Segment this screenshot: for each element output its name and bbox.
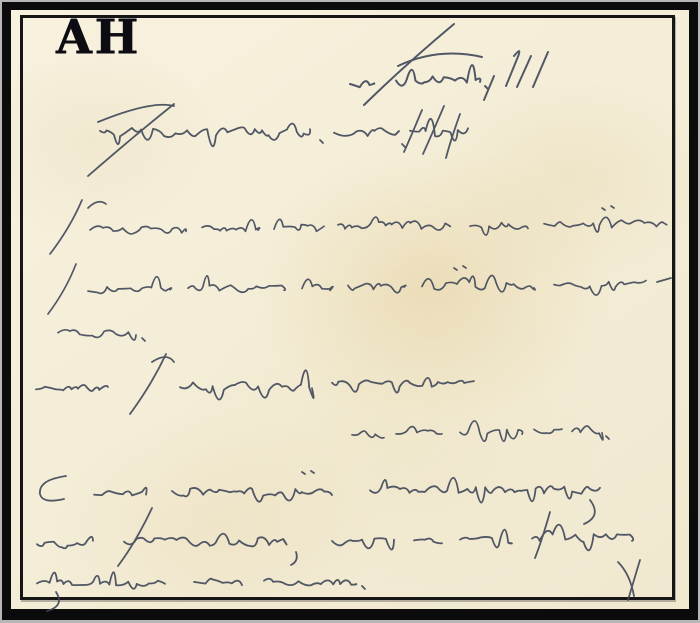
ink-stroke xyxy=(130,354,166,414)
ink-stroke xyxy=(657,278,671,282)
handwritten-line xyxy=(40,471,600,524)
ink-stroke xyxy=(302,279,333,290)
ink-stroke xyxy=(338,217,450,230)
ink-stroke xyxy=(58,330,136,340)
ink-stroke xyxy=(460,421,523,441)
ink-stroke xyxy=(370,478,600,503)
ink-stroke xyxy=(364,24,454,105)
ink-stroke xyxy=(572,426,603,440)
ink-stroke xyxy=(446,114,460,158)
ink-stroke xyxy=(36,385,108,391)
ink-stroke xyxy=(90,226,186,234)
ink-stroke xyxy=(334,128,399,136)
ink-stroke xyxy=(88,202,106,208)
ink-stroke xyxy=(302,472,305,474)
ink-stroke xyxy=(544,217,667,232)
ink-stroke xyxy=(606,436,609,439)
ink-stroke xyxy=(484,76,494,100)
scanned-letter-page: AH xyxy=(0,0,700,623)
ink-stroke xyxy=(506,51,519,86)
ink-stroke xyxy=(202,220,260,232)
ink-stroke xyxy=(414,539,442,544)
handwritten-line xyxy=(50,200,667,254)
ink-stroke xyxy=(188,276,285,292)
ink-stroke xyxy=(100,124,310,147)
ink-stroke xyxy=(602,208,605,210)
ink-stroke xyxy=(460,530,512,548)
ink-stroke xyxy=(47,592,59,611)
handwritten-line xyxy=(352,421,609,441)
ink-stroke xyxy=(142,338,145,341)
ink-stroke xyxy=(124,534,287,547)
ink-stroke xyxy=(422,276,535,292)
ink-stroke xyxy=(348,284,406,293)
ink-stroke xyxy=(362,586,365,589)
ink-stroke xyxy=(94,488,147,496)
ink-stroke xyxy=(533,52,548,87)
ink-stroke xyxy=(402,144,405,147)
ink-stroke xyxy=(37,537,93,548)
ink-stroke xyxy=(396,65,480,86)
ink-stroke xyxy=(535,512,550,558)
ink-stroke xyxy=(611,206,614,208)
ink-stroke xyxy=(470,223,528,235)
handwritten-line xyxy=(37,508,640,600)
ink-stroke xyxy=(485,86,488,89)
ink-stroke xyxy=(398,54,482,66)
ink-stroke xyxy=(584,500,595,524)
ink-stroke xyxy=(532,525,633,551)
ink-stroke xyxy=(88,104,174,176)
handwritten-line xyxy=(88,104,468,176)
ink-stroke xyxy=(274,219,324,231)
ink-stroke xyxy=(50,200,82,254)
handwritten-line xyxy=(350,24,548,105)
scan-outer-border: AH xyxy=(2,2,698,620)
ink-stroke xyxy=(311,471,314,473)
handwritten-line xyxy=(58,330,145,341)
ink-stroke xyxy=(534,429,562,433)
ink-stroke xyxy=(291,552,297,565)
ink-stroke xyxy=(454,268,457,270)
handwritten-line xyxy=(37,572,365,611)
handwriting-layer xyxy=(2,2,700,623)
ink-stroke xyxy=(396,427,442,435)
ink-stroke xyxy=(264,579,356,586)
ink-stroke xyxy=(320,140,323,143)
ink-stroke xyxy=(40,476,66,501)
ink-stroke xyxy=(517,56,531,87)
ink-stroke xyxy=(350,81,374,87)
ink-stroke xyxy=(37,572,165,589)
ink-stroke xyxy=(48,264,76,314)
ink-stroke xyxy=(118,508,152,566)
ink-stroke xyxy=(180,370,314,399)
ink-stroke xyxy=(332,378,474,393)
ink-stroke xyxy=(194,579,242,586)
ink-stroke xyxy=(332,538,394,549)
ink-stroke xyxy=(352,431,384,438)
ink-stroke xyxy=(172,488,332,502)
ink-stroke xyxy=(463,266,466,268)
ink-stroke xyxy=(88,277,171,294)
ink-stroke xyxy=(554,281,646,296)
handwritten-line xyxy=(48,264,671,314)
ink-stroke xyxy=(410,119,468,141)
handwritten-line xyxy=(36,354,474,414)
